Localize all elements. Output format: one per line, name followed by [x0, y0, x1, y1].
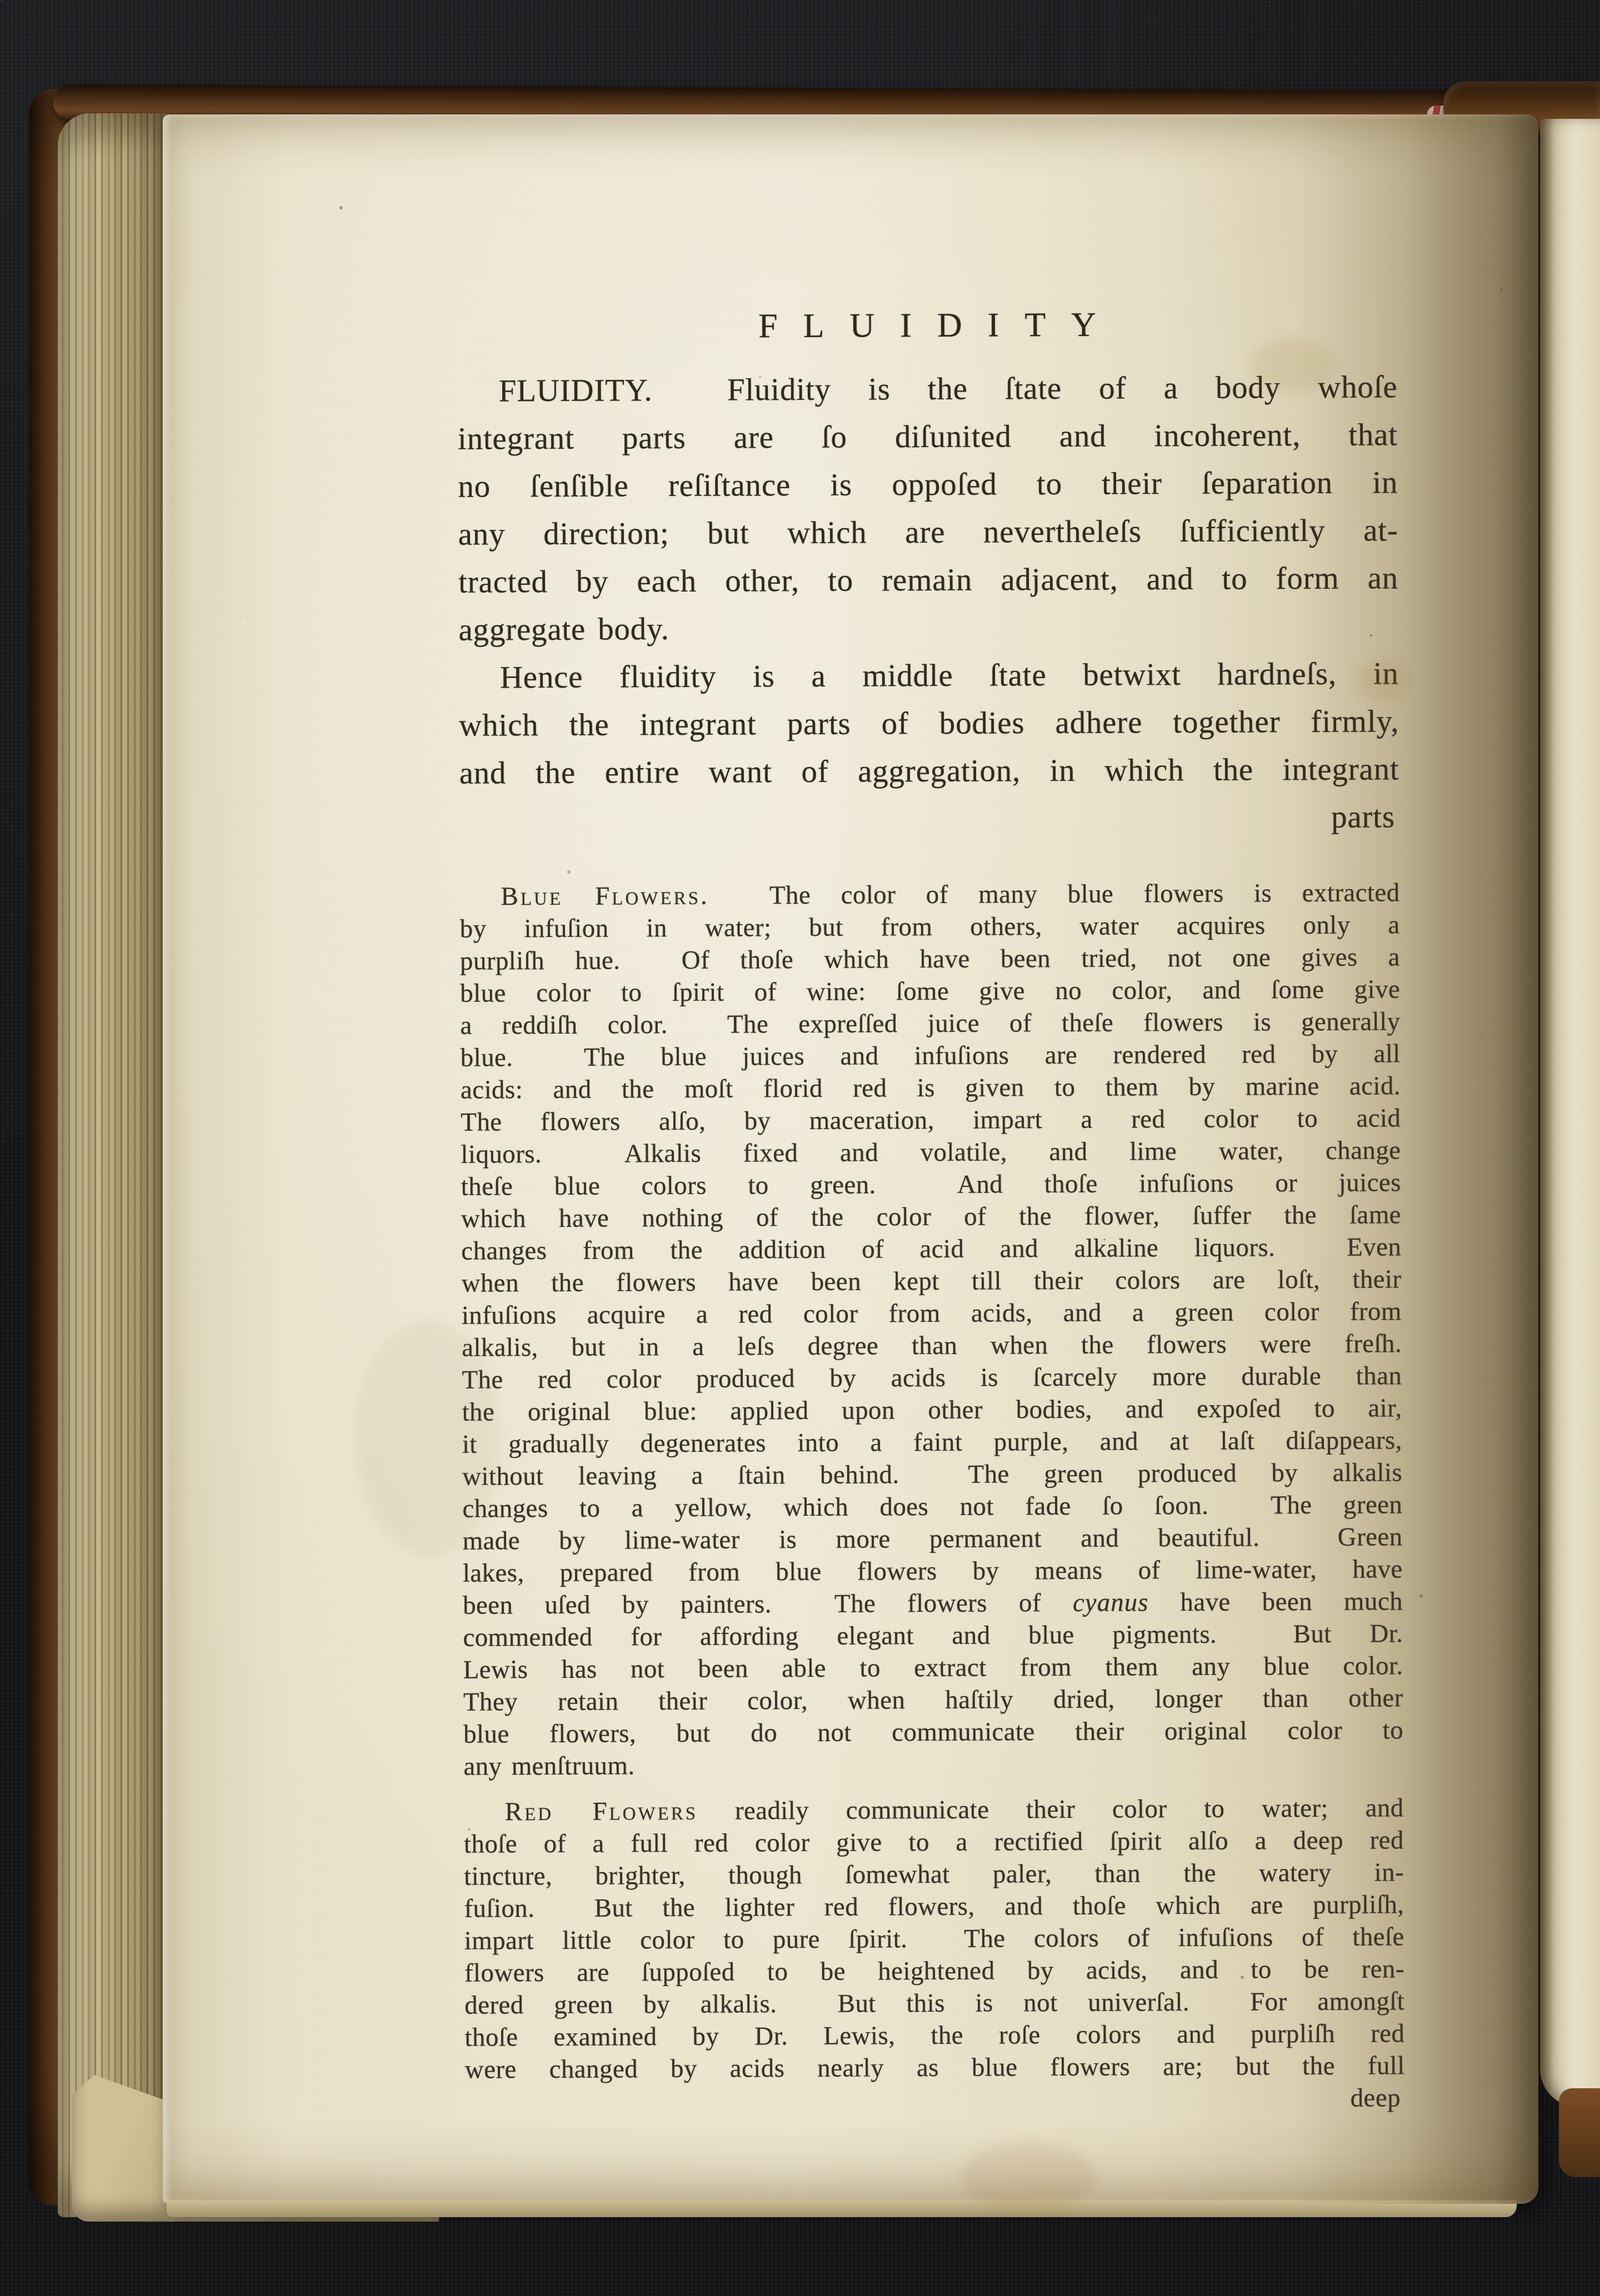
text-line: and the entire want of aggregation, in w…: [459, 745, 1399, 797]
text-line: The flowers alſo, by maceration, impart …: [461, 1102, 1401, 1138]
text-line: the original blue: applied upon other bo…: [462, 1392, 1402, 1428]
text-line: lakes, prepared from blue flowers by mea…: [463, 1553, 1403, 1589]
paper-stain: [1250, 339, 1333, 392]
text-line: thoſe of a full red color give to a rect…: [464, 1824, 1404, 1860]
text-line: The red color produced by acids is ſcarc…: [462, 1360, 1402, 1396]
text-line: Lewis has not been able to extract from …: [463, 1650, 1403, 1686]
paper-stain: [356, 1322, 500, 1555]
text-line: purpliſh hue. Of thoſe which have been t…: [460, 941, 1400, 977]
text-line: blue. The blue juices and infuſions are …: [461, 1037, 1401, 1074]
text-line: changes to a yellow, which does not fade…: [462, 1488, 1402, 1525]
text-line: infuſions acquire a red color from acids…: [462, 1295, 1402, 1331]
text-line: tracted by each other, to remain adjacen…: [458, 554, 1398, 606]
catchword: parts: [459, 793, 1399, 845]
text-line: any menſtruum.: [463, 1746, 1403, 1782]
blue-flowers-paragraph: Blue Flowers. The color of many blue flo…: [459, 876, 1403, 1782]
text-line: which have nothing of the color of the f…: [461, 1199, 1401, 1235]
text-line: a reddiſh color. The expreſſed juice of …: [460, 1005, 1400, 1041]
text-line: tincture, brighter, though ſomewhat pale…: [464, 1856, 1404, 1892]
text-line: been uſed by painters. The flowers of cy…: [463, 1585, 1403, 1621]
dust-specks: [0, 0, 2, 2]
red-flowers-paragraph: Red Flowers readily communicate their co…: [464, 1792, 1406, 2118]
text-line: by infuſion in water; but from others, w…: [460, 909, 1400, 945]
text-column: FLUIDITY FLUIDITY. Fluidity is the ſtate…: [457, 303, 1405, 2118]
fluidity-paragraph-1: FLUIDITY. Fluidity is the ſtate of a bod…: [457, 363, 1398, 654]
text-line: They retain their color, when haſtily dr…: [463, 1682, 1403, 1718]
adjacent-page-sliver: [1540, 119, 1600, 2107]
text-line: it gradually degenerates into a faint pu…: [462, 1424, 1402, 1460]
text-line: which the integrant parts of bodies adhe…: [459, 698, 1399, 749]
text-line: flowers are ſuppoſed to be heightened by…: [464, 1953, 1404, 1989]
paper-stain: [1356, 661, 1408, 701]
text-line: impart little color to pure ſpirit. The …: [464, 1921, 1404, 1957]
text-line: blue flowers, but do not communicate the…: [463, 1714, 1403, 1750]
text-line: commended for affording elegant and blue…: [463, 1617, 1403, 1653]
page-heading: FLUIDITY: [457, 303, 1397, 347]
text-line: changes from the addition of acid and al…: [461, 1231, 1401, 1267]
text-line: blue color to ſpirit of wine: ſome give …: [460, 973, 1400, 1009]
text-line: integrant parts are ſo diſunited and inc…: [458, 411, 1398, 463]
gutter-shadow: [1294, 114, 1539, 2204]
catchword: deep: [465, 2082, 1405, 2118]
text-line: fuſion. But the lighter red flowers, and…: [464, 1888, 1404, 1924]
text-line: without leaving a ſtain behind. The gree…: [462, 1456, 1402, 1492]
text-line: Red Flowers readily communicate their co…: [464, 1792, 1404, 1828]
text-line: made by lime-water is more permanent and…: [462, 1521, 1402, 1557]
text-line: thoſe examined by Dr. Lewis, the roſe co…: [464, 2017, 1404, 2053]
text-line: Blue Flowers. The color of many blue flo…: [459, 876, 1399, 913]
text-line: no ſenſible reſiſtance is oppoſed to the…: [458, 459, 1398, 510]
text-line: liquors. Alkalis fixed and volatile, and…: [461, 1134, 1401, 1170]
text-line: theſe blue colors to green. And thoſe in…: [461, 1166, 1401, 1202]
fluidity-paragraph-2: Hence fluidity is a middle ſtate betwixt…: [459, 650, 1399, 845]
lower-spine-leather: [1559, 2088, 1600, 2177]
text-line: Hence fluidity is a middle ſtate betwixt…: [459, 650, 1399, 701]
text-line: acids: and the moſt florid red is given …: [461, 1070, 1401, 1106]
text-line: were changed by acids nearly as blue flo…: [465, 2049, 1405, 2086]
fore-edge-page-block: [58, 113, 169, 2217]
text-line: aggregate body.: [458, 602, 1398, 654]
text-line: dered green by alkalis. But this is not …: [464, 1985, 1404, 2021]
book-photograph: FLUIDITY FLUIDITY. Fluidity is the ſtate…: [0, 0, 1600, 2296]
text-line: any direction; but which are nevertheleſ…: [458, 507, 1398, 558]
text-line: when the flowers have been kept till the…: [461, 1263, 1401, 1299]
paper-stain: [961, 2144, 1094, 2210]
text-line: alkalis, but in a leſs degree than when …: [462, 1327, 1402, 1363]
